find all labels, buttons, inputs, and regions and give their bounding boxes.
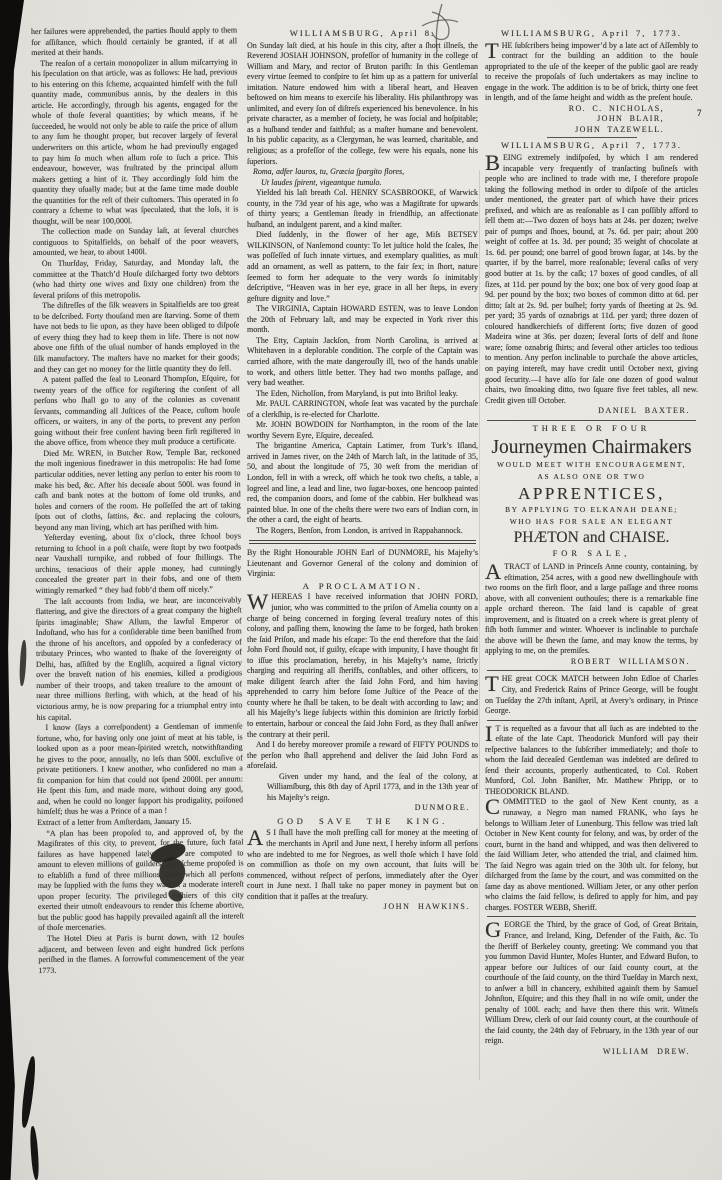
- paragraph: THE ſubſcribers being impower’d by a lat…: [485, 41, 698, 104]
- dateline-heading: WILLIAMSBURG, April 7, 1773.: [485, 28, 698, 39]
- paragraph: ATRACT of LAND in Princeſs Anne county, …: [485, 562, 698, 657]
- column-divider-line: [479, 170, 480, 1080]
- signature-line: JOHN TAZEWELL.: [485, 125, 698, 136]
- drop-cap: G: [485, 920, 504, 940]
- newspaper-column-2: WILLIAMSBURG, April 8.On Sunday laſt die…: [247, 27, 478, 913]
- newspaper-page: 7 her failures were apprehended, the par…: [0, 0, 722, 1180]
- paragraph: AS I ſhall have the moſt preſſing call f…: [247, 828, 478, 902]
- drop-cap: I: [485, 724, 496, 744]
- paragraph: The Rogers, Benſon, from London, is arri…: [247, 526, 478, 537]
- latin-verse-line: Ut laudes ſpirent, vigeantque tumulo.: [247, 178, 478, 189]
- signature-line: ROBERT WILLIAMSON.: [485, 657, 698, 668]
- signature-line: RO. C. NICHOLAS,: [485, 104, 698, 115]
- signature-line: JOHN BLAIR,: [485, 114, 698, 125]
- drop-cap: W: [247, 592, 271, 612]
- section-rule: [487, 420, 696, 421]
- paragraph: GEORGE the Third, by the grace of God, o…: [485, 920, 698, 1047]
- paragraph: The diſtreſſes of the ſilk weavers in Sp…: [33, 300, 240, 375]
- paragraph: On Sunday laſt died, at his houſe in thi…: [247, 41, 478, 168]
- section-rule: [487, 720, 696, 721]
- ink-smudge: [20, 1056, 38, 1129]
- newspaper-column-3: WILLIAMSBURG, April 7, 1773.THE ſubſcrib…: [485, 27, 698, 1058]
- section-rule: [547, 137, 637, 138]
- god-save-the-king-line: GOD SAVE THE KING.: [247, 816, 478, 827]
- attestation-paragraph: Given under my hand, and the ſeal of the…: [247, 772, 478, 804]
- paragraph: Yeſterday evening, about ſix o’clock, th…: [35, 532, 241, 597]
- paragraph: The Etty, Captain Jackſon, from North Ca…: [247, 336, 478, 389]
- drop-cap: A: [485, 562, 504, 582]
- ad-caps-line: THREE OR FOUR: [485, 424, 698, 435]
- latin-verse-line: Roma, adfer lauros, tu, Græcia ſpargito …: [247, 167, 478, 178]
- ad-caps-line: FOR SALE,: [485, 549, 698, 560]
- paragraph: Mr. PAUL CARRINGTON, whoſe ſeat was vaca…: [247, 399, 478, 420]
- paragraph: THE great COCK MATCH between John Edloe …: [485, 674, 698, 716]
- paragraph: The reaſon of a certain monopolizer in a…: [31, 57, 238, 227]
- paragraph: The laſt accounts from India, we hear, a…: [35, 595, 242, 723]
- paragraph: I know (ſays a correſpondent) a Gentlema…: [36, 721, 243, 818]
- ad-caps-line: BY APPLYING TO ELKANAH DEANE;: [485, 505, 698, 516]
- paragraph: A patent paſſed the ſeal to Leonard Thom…: [34, 373, 241, 448]
- paragraph: The Hotel Dieu at Paris is burnt down, w…: [38, 932, 244, 976]
- signature-line: DANIEL BAXTER.: [485, 406, 698, 417]
- paragraph: “A plan has been propoſed to, and approv…: [37, 827, 244, 934]
- paragraph: her failures were apprehended, the parti…: [31, 25, 237, 58]
- paragraph: The brigantine America, Captain Latimer,…: [247, 441, 478, 525]
- dateline-heading: WILLIAMSBURG, April 7, 1773.: [485, 140, 698, 151]
- ad-caps-line: WHO HAS FOR SALE AN ELEGANT: [485, 517, 698, 528]
- paragraph: Died ſuddenly, in the flower of her age,…: [247, 230, 478, 304]
- section-rule: [487, 916, 696, 917]
- drop-cap: B: [485, 153, 503, 173]
- section-rule: [487, 670, 696, 671]
- paragraph: The Eden, Nicholſon, from Maryland, is p…: [247, 389, 478, 400]
- paragraph: BEING extremely indiſpoſed, by which I a…: [485, 153, 698, 406]
- paragraph: Mr. JOHN BOWDOIN for Northampton, in the…: [247, 420, 478, 441]
- paragraph: WHEREAS I have received information that…: [247, 592, 478, 740]
- drop-cap: C: [485, 797, 503, 817]
- signature-line: WILLIAM DREW.: [485, 1047, 698, 1058]
- drop-cap: T: [485, 41, 502, 61]
- ink-smudge: [29, 1126, 40, 1180]
- paragraph: IT is requeſted as a favour that all ſuc…: [485, 724, 698, 798]
- drop-cap: T: [485, 674, 502, 694]
- ad-headline: Journeymen Chairmakers: [485, 436, 698, 459]
- dateline-heading: WILLIAMSBURG, April 8.: [247, 28, 478, 39]
- ad-headline: APPRENTICES,: [485, 483, 698, 504]
- section-rule: [249, 540, 476, 544]
- ad-caps-line: WOULD MEET WITH ENCOURAGEMENT,: [485, 460, 698, 471]
- paragraph: By the Right Honourable JOHN Earl of DUN…: [247, 548, 478, 580]
- ink-smudge: [19, 640, 27, 686]
- drop-cap: A: [247, 828, 266, 848]
- signature-line: DUNMORE.: [247, 803, 478, 814]
- ad-caps-line: AS ALSO ONE OR TWO: [485, 472, 698, 483]
- ad-headline: PHÆTON and CHAISE.: [485, 528, 698, 547]
- binding-edge-bar: [0, 0, 24, 1180]
- paragraph: On Thurſday, Friday, Saturday, and Monda…: [33, 257, 239, 301]
- paragraph: COMMITTED to the gaol of New Kent county…: [485, 797, 698, 913]
- signature-line: JOHN HAWKINS.: [247, 902, 478, 913]
- paragraph: And I do hereby moreover promiſe a rewar…: [247, 740, 478, 772]
- paragraph: The collection made on Sunday laſt, at ſ…: [33, 226, 239, 259]
- newspaper-column-1: her failures were apprehended, the parti…: [31, 25, 244, 976]
- paragraph: Yielded his laſt breath Col. HENRY SCASB…: [247, 188, 478, 230]
- paragraph: The VIRGINIA, Captain HOWARD ESTEN, was …: [247, 304, 478, 336]
- proclamation-title: A PROCLAMATION.: [247, 581, 478, 592]
- paragraph: Died Mr. WREN, in Butcher Row, Temple Ba…: [34, 447, 241, 533]
